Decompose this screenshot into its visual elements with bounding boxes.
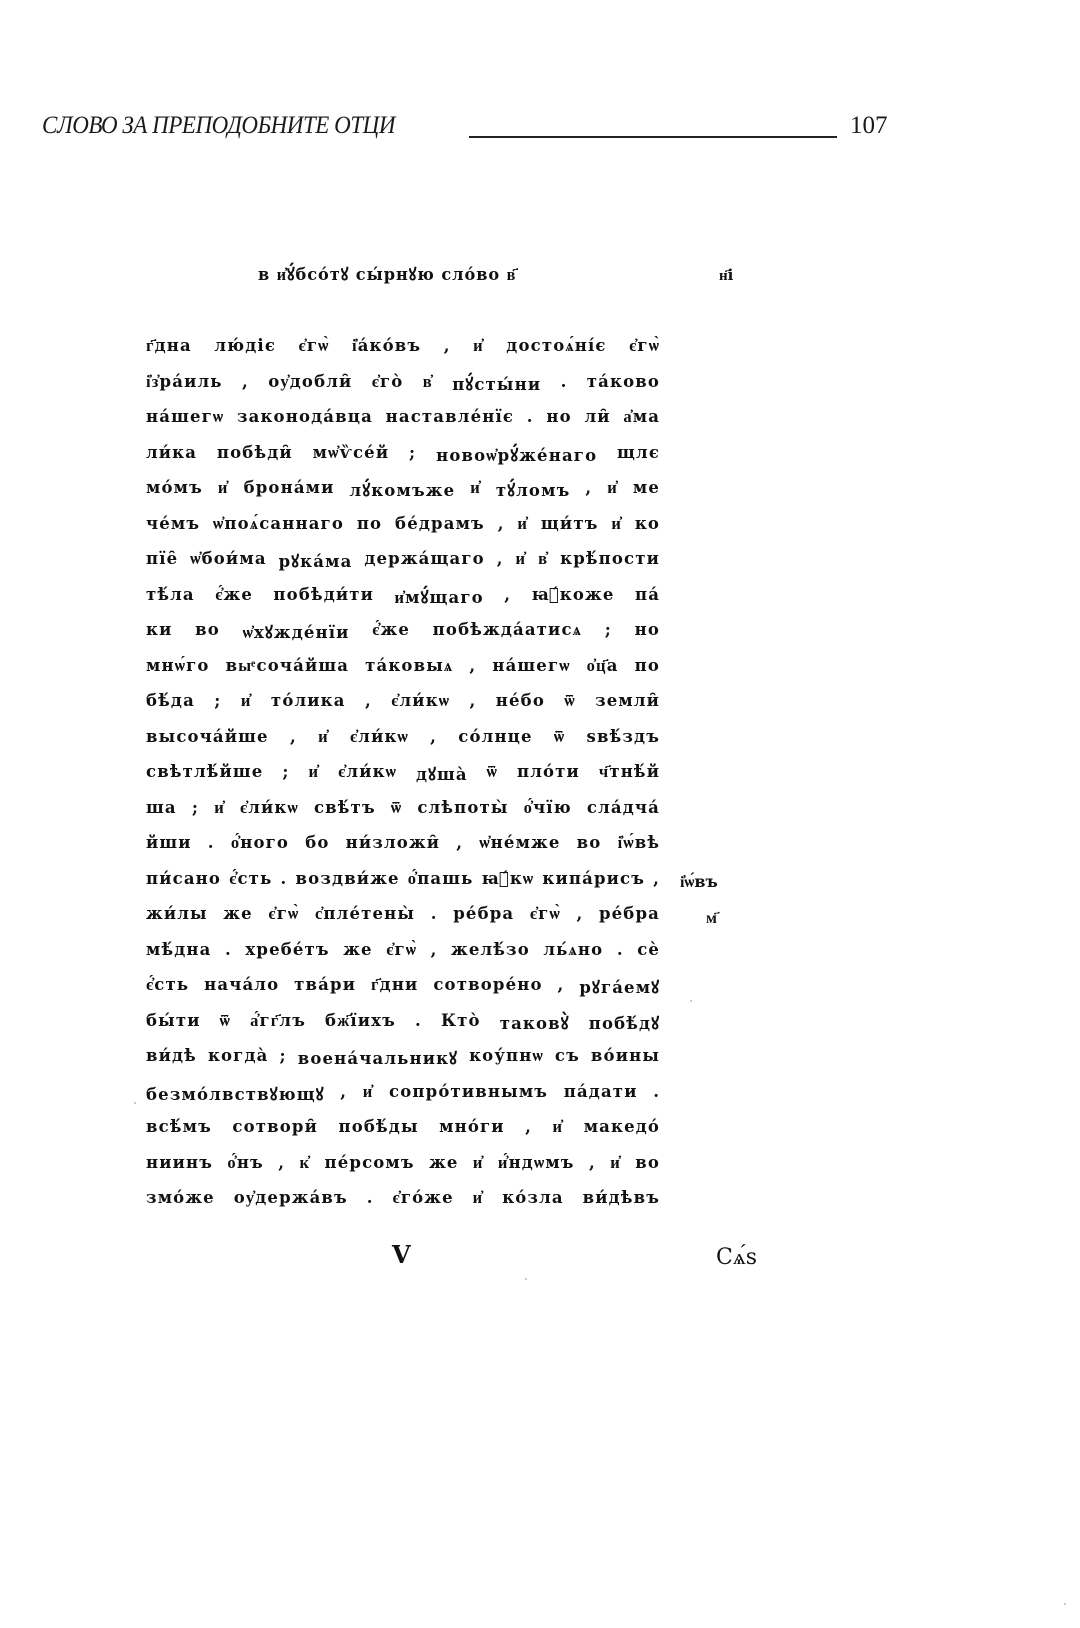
word: ѡ҆хꙋжде́нїи bbox=[243, 620, 350, 656]
word: но bbox=[635, 620, 660, 656]
word: когда̀ bbox=[208, 1046, 269, 1082]
word: пꙋ́сты́ни bbox=[452, 372, 541, 408]
word: мно́ги bbox=[439, 1117, 505, 1153]
word: побѣжда́атисѧ bbox=[433, 620, 582, 656]
text-line: кивоѡ҆хꙋжде́нїиє҆́жепобѣжда́атисѧ;но bbox=[146, 620, 660, 656]
word: . bbox=[367, 1188, 374, 1224]
word: є҆гѡ̀ bbox=[386, 940, 417, 976]
paper-speck bbox=[134, 1102, 136, 1104]
word: тва́ри bbox=[294, 975, 356, 1011]
word: бы́ти bbox=[146, 1011, 201, 1047]
word: мо́мъ bbox=[146, 478, 203, 514]
margin-note-chapter: м҃ bbox=[706, 908, 717, 928]
word: , bbox=[653, 869, 660, 905]
word: . bbox=[415, 1011, 422, 1047]
text-line: ниинъо҆́нъ,к҆пе́рсомъжеи҆и҆́ндѡмъ,и҆во bbox=[146, 1153, 660, 1189]
text-line: мѣ́дна.хребе́тъжеє҆гѡ̀,желѣ́золь́ѧно.сѐ bbox=[146, 940, 660, 976]
word: змо́же bbox=[146, 1188, 215, 1224]
word: є҆гѡ̀ bbox=[299, 336, 330, 372]
word: ль́ѧно bbox=[543, 940, 603, 976]
word: г҃дни bbox=[371, 975, 418, 1011]
word: слѣпоты̀ bbox=[417, 798, 508, 834]
word: оу҆держа́въ bbox=[234, 1188, 348, 1224]
word: пи́сано bbox=[146, 869, 221, 905]
word: ѿ bbox=[391, 798, 402, 834]
word: о҆ц҃а bbox=[587, 656, 619, 692]
word: и҆мꙋ́щаго bbox=[395, 585, 484, 621]
word: сѐ bbox=[637, 940, 660, 976]
word: побѣди̑ bbox=[217, 443, 293, 479]
word: мнѡ́го bbox=[146, 656, 210, 692]
text-line: на́шегѡзаконода́вцанаставле́нїє.ноли̑а҆м… bbox=[146, 407, 660, 443]
word: и҆ bbox=[473, 336, 484, 372]
word: коу́пнѡ bbox=[469, 1046, 544, 1082]
word: и҆ bbox=[607, 478, 618, 514]
word: жи́лы bbox=[146, 904, 208, 940]
word: є҆гѡ̀ bbox=[268, 904, 299, 940]
word: ни́зложи̑ bbox=[346, 833, 440, 869]
word: же bbox=[343, 940, 372, 976]
word: г҃дна bbox=[146, 336, 192, 372]
word: , bbox=[585, 478, 592, 514]
word: и҆ bbox=[318, 727, 329, 763]
word: ꙗ҆́коже bbox=[532, 585, 615, 621]
word: , bbox=[365, 691, 372, 727]
word: ѡ҆бои́ма bbox=[190, 549, 266, 585]
word: ко́зла bbox=[502, 1188, 564, 1224]
word: нача́ло bbox=[204, 975, 279, 1011]
word: тꙋ́ломъ bbox=[496, 478, 571, 514]
word: ѿ bbox=[564, 691, 575, 727]
word: таковꙋ̀ bbox=[500, 1011, 570, 1047]
word: к҆ bbox=[299, 1153, 310, 1189]
word: бе́драмъ bbox=[395, 514, 485, 550]
word: же bbox=[429, 1153, 458, 1189]
word: воена́чальникꙋ bbox=[298, 1046, 458, 1082]
church-slavonic-facsimile: в и҆ꙋ́бсо́тꙋ сы́рнꙋю сло́во в҃ н҃і г҃дна… bbox=[0, 0, 1080, 1628]
word: , bbox=[469, 691, 476, 727]
word: . bbox=[208, 833, 215, 869]
word: бж҃їихъ bbox=[325, 1011, 396, 1047]
word: но bbox=[546, 407, 571, 443]
word: ѿ bbox=[487, 762, 498, 798]
word: . bbox=[281, 869, 288, 905]
word: и҆ bbox=[610, 1153, 621, 1189]
chapter-heading: в и҆ꙋ́бсо́тꙋ сы́рнꙋю сло́во в҃ bbox=[258, 262, 516, 285]
word: всѣ́мъ bbox=[146, 1117, 212, 1153]
word: па́дати bbox=[564, 1082, 638, 1118]
word: . bbox=[617, 940, 624, 976]
word: ; bbox=[192, 798, 199, 834]
word: и҆ bbox=[473, 1153, 484, 1189]
word: є҆ли́кѡ bbox=[350, 727, 409, 763]
word: и҆ bbox=[363, 1082, 374, 1118]
word: ; bbox=[605, 620, 612, 656]
word: , bbox=[498, 514, 505, 550]
word: бѣ́да bbox=[146, 691, 195, 727]
word: македо́ bbox=[584, 1117, 660, 1153]
word: , bbox=[242, 372, 249, 408]
text-line: жи́лыжеє҆гѡ̀с҆пле́тены̀.ре́брає҆гѡ̀,ре́б… bbox=[146, 904, 660, 940]
word: и҆ bbox=[218, 478, 229, 514]
word: кипа́рисъ bbox=[542, 869, 645, 905]
word: , bbox=[469, 656, 476, 692]
word: не́бо bbox=[496, 691, 545, 727]
folio-mark: н҃і bbox=[719, 266, 733, 285]
word: , bbox=[444, 336, 451, 372]
word: во́ины bbox=[591, 1046, 660, 1082]
word: мѡ҆ѷсе́й bbox=[313, 443, 390, 479]
word: ре́бра bbox=[453, 904, 514, 940]
word: дꙋша̀ bbox=[416, 762, 468, 798]
word: . bbox=[527, 407, 534, 443]
text-line: бы́тиѿа҆́гг҃лъбж҃їихъ.Кто̀таковꙋ̀побѣ́дꙋ bbox=[146, 1011, 660, 1047]
word: є҆́сть bbox=[229, 869, 272, 905]
word: о҆́нъ bbox=[227, 1153, 263, 1189]
word: є҆ли́кѡ bbox=[338, 762, 397, 798]
word: па́ bbox=[635, 585, 660, 621]
word: сопро́тивнымъ bbox=[389, 1082, 548, 1118]
word: , bbox=[576, 904, 583, 940]
word: же bbox=[223, 904, 252, 940]
text-line: г҃дналю́дієє҆гѡ̀і҆а́ко́въ,и҆достоѧ́ні́єє… bbox=[146, 336, 660, 372]
word: и҆ bbox=[309, 762, 320, 798]
word: и҆ bbox=[517, 514, 528, 550]
paper-speck bbox=[1064, 1603, 1066, 1605]
word: є҆́же bbox=[372, 620, 410, 656]
word: , bbox=[431, 940, 438, 976]
text-line: ви́дѣкогда̀;воена́чальникꙋкоу́пнѡсъво́ин… bbox=[146, 1046, 660, 1082]
word: о҆́пашь bbox=[408, 869, 474, 905]
word: ниинъ bbox=[146, 1153, 213, 1189]
word: и҆ bbox=[553, 1117, 564, 1153]
word: , bbox=[290, 727, 297, 763]
word: , bbox=[497, 549, 504, 585]
word: достоѧ́ні́є bbox=[506, 336, 606, 372]
paper-speck bbox=[690, 1000, 692, 1002]
word: безмо́лвствꙋющꙋ bbox=[146, 1082, 325, 1118]
word: законода́вца bbox=[237, 407, 373, 443]
word: ша bbox=[146, 798, 177, 834]
word: ч҃тнѣ́й bbox=[599, 762, 660, 798]
word: пїе̑ bbox=[146, 549, 178, 585]
text-line: є҆́стьнача́лотва́риг҃днисотворе́но,рꙋга́… bbox=[146, 975, 660, 1011]
text-line: мнѡ́говыͤсоча́йшата́ковыѧ,на́шегѡо҆ц҃апо bbox=[146, 656, 660, 692]
word: є҆го́же bbox=[393, 1188, 454, 1224]
word: ре́бра bbox=[599, 904, 660, 940]
word: ; bbox=[282, 762, 289, 798]
word: побѣ́дꙋ bbox=[589, 1011, 660, 1047]
word: пе́рсомъ bbox=[324, 1153, 414, 1189]
margin-note-job: і҆ѡ́въ bbox=[680, 872, 718, 892]
word: тѣ́ла bbox=[146, 585, 195, 621]
word: выͤсоча́йша bbox=[226, 656, 350, 692]
word: є҆́сть bbox=[146, 975, 189, 1011]
word: , bbox=[456, 833, 463, 869]
catchword: Сѧ́s bbox=[716, 1244, 757, 1270]
word: съ bbox=[555, 1046, 580, 1082]
word: . bbox=[561, 372, 568, 408]
word: а҆ма bbox=[623, 407, 660, 443]
word: и҆ bbox=[473, 1188, 484, 1224]
word: держа́щаго bbox=[364, 549, 484, 585]
word: щи́тъ bbox=[541, 514, 599, 550]
word: та́ково bbox=[587, 372, 660, 408]
word: ме bbox=[633, 478, 660, 514]
word: є҆́же bbox=[215, 585, 253, 621]
word: воздви́же bbox=[296, 869, 400, 905]
word: и҆́ндѡмъ bbox=[498, 1153, 575, 1189]
word: во bbox=[195, 620, 220, 656]
word: ѿ bbox=[220, 1011, 231, 1047]
word: Кто̀ bbox=[441, 1011, 481, 1047]
word: лꙋ́комъже bbox=[350, 478, 456, 514]
word: брона́ми bbox=[244, 478, 335, 514]
word: земли̑ bbox=[595, 691, 660, 727]
word: , bbox=[340, 1082, 347, 1118]
word: і҆з҆ра́иль bbox=[146, 372, 223, 408]
word: и҆ bbox=[611, 514, 622, 550]
word: о҆́чїю bbox=[524, 798, 572, 834]
word: ѿ bbox=[554, 727, 565, 763]
text-line: змо́жеоу҆держа́въ.є҆го́жеи҆ко́злави́дѣвъ bbox=[146, 1188, 660, 1224]
text-line: мо́мъи҆брона́милꙋ́комъжеи҆тꙋ́ломъ,и҆ме bbox=[146, 478, 660, 514]
word: . bbox=[225, 940, 232, 976]
word: че́мъ bbox=[146, 514, 200, 550]
word: , bbox=[558, 975, 565, 1011]
word: і҆а́ко́въ bbox=[352, 336, 421, 372]
word: и҆ bbox=[214, 798, 225, 834]
word: ѡ҆не́мже bbox=[479, 833, 560, 869]
word: и҆ bbox=[470, 478, 481, 514]
word: побѣ́ды bbox=[338, 1117, 418, 1153]
word: свѣ́тъ bbox=[314, 798, 376, 834]
word: ли̑ bbox=[584, 407, 610, 443]
word: ко bbox=[635, 514, 660, 550]
text-line: і҆з҆ра́иль,оу҆добли̑є҆го̀в҆пꙋ́сты́ни.та́… bbox=[146, 372, 660, 408]
word: йши bbox=[146, 833, 192, 869]
word: ; bbox=[279, 1046, 286, 1082]
word: пло́ти bbox=[517, 762, 580, 798]
word: на́шегѡ bbox=[492, 656, 570, 692]
word: ; bbox=[409, 443, 416, 479]
text-line: пїе̑ѡ҆бои́марꙋка́мадержа́щаго,и҆в҆крѣ́по… bbox=[146, 549, 660, 585]
word: ; bbox=[214, 691, 221, 727]
word: ки bbox=[146, 620, 172, 656]
word: щлє bbox=[617, 443, 660, 479]
word: и҆ bbox=[241, 691, 252, 727]
word: , bbox=[278, 1153, 285, 1189]
word: свѣтлѣ́йше bbox=[146, 762, 263, 798]
word: сла́дча́ bbox=[587, 798, 660, 834]
text-line: ша;и҆є҆ли́кѡсвѣ́тъѿслѣпоты̀о҆́чїюсла́дча… bbox=[146, 798, 660, 834]
word: во bbox=[577, 833, 602, 869]
word: є҆гѡ̀ bbox=[629, 336, 660, 372]
word: ви́дѣ bbox=[146, 1046, 197, 1082]
word: наставле́нїє bbox=[386, 407, 514, 443]
word: є҆ли́кѡ bbox=[391, 691, 450, 727]
word: лю́діє bbox=[214, 336, 276, 372]
word: ѡ҆поѧ́саннаго bbox=[213, 514, 344, 550]
word: , bbox=[430, 727, 437, 763]
word: ꙗ҆́кѡ bbox=[482, 869, 535, 905]
word: є҆ли́кѡ bbox=[240, 798, 299, 834]
text-line: йши.о҆́ногобони́зложи̑,ѡ҆не́мжевоі҆ѡ́вѣ bbox=[146, 833, 660, 869]
text-line: безмо́лвствꙋющꙋ,и҆сопро́тивнымъпа́дати. bbox=[146, 1082, 660, 1118]
word: ли́ка bbox=[146, 443, 197, 479]
word: в҆ bbox=[538, 549, 548, 585]
word: рꙋка́ма bbox=[279, 549, 353, 585]
word: со́лнце bbox=[458, 727, 532, 763]
word: рꙋга́емꙋ bbox=[579, 975, 660, 1011]
word: а҆́гг҃лъ bbox=[250, 1011, 306, 1047]
word: то́лика bbox=[271, 691, 346, 727]
word: в҆ bbox=[423, 372, 433, 408]
word: . bbox=[431, 904, 438, 940]
word: , bbox=[589, 1153, 596, 1189]
paper-speck bbox=[525, 1278, 527, 1280]
text-line: всѣ́мъсотвори̑побѣ́дымно́ги,и҆македо́ bbox=[146, 1117, 660, 1153]
word: побѣди́ти bbox=[273, 585, 374, 621]
word: желѣ́зо bbox=[451, 940, 530, 976]
word: ви́дѣвъ bbox=[583, 1188, 660, 1224]
word: по bbox=[357, 514, 382, 550]
text-line: бѣ́да;и҆то́лика,є҆ли́кѡ,не́боѿземли̑ bbox=[146, 691, 660, 727]
text-line: ли́капобѣди̑мѡ҆ѷсе́й;новоѡ҆рꙋ́же́нагощлє bbox=[146, 443, 660, 479]
word: мѣ́дна bbox=[146, 940, 211, 976]
word: є҆гѡ̀ bbox=[530, 904, 561, 940]
text-line: че́мъѡ҆поѧ́саннагопобе́драмъ,и҆щи́тъи҆ко bbox=[146, 514, 660, 550]
text-line: пи́саноє҆́сть.воздви́жео҆́пашьꙗ҆́кѡкипа́… bbox=[146, 869, 660, 905]
word: хребе́тъ bbox=[245, 940, 329, 976]
word: , bbox=[504, 585, 511, 621]
word: бо bbox=[305, 833, 329, 869]
text-line: высоча́йше,и҆є҆ли́кѡ,со́лнцеѿѕвѣ́здъ bbox=[146, 727, 660, 763]
word: и҆ bbox=[516, 549, 527, 585]
word: во bbox=[635, 1153, 660, 1189]
word: по bbox=[635, 656, 660, 692]
word: крѣ́пости bbox=[560, 549, 660, 585]
word: . bbox=[653, 1082, 660, 1118]
signature-mark: V bbox=[392, 1240, 411, 1269]
word: сотвори̑ bbox=[232, 1117, 318, 1153]
word: высоча́йше bbox=[146, 727, 269, 763]
word: оу҆добли̑ bbox=[268, 372, 352, 408]
word: є҆го̀ bbox=[372, 372, 404, 408]
word: сотворе́но bbox=[433, 975, 542, 1011]
text-line: тѣ́лає҆́жепобѣди́тии҆мꙋ́щаго,ꙗ҆́кожепа́ bbox=[146, 585, 660, 621]
word: ѕвѣ́здъ bbox=[587, 727, 660, 763]
text-block: г҃дналю́дієє҆гѡ̀і҆а́ко́въ,и҆достоѧ́ні́єє… bbox=[146, 336, 676, 1224]
word: новоѡ҆рꙋ́же́наго bbox=[436, 443, 597, 479]
word: і҆ѡ́вѣ bbox=[618, 833, 660, 869]
word: с҆пле́тены̀ bbox=[315, 904, 415, 940]
word: на́шегѡ bbox=[146, 407, 224, 443]
word: та́ковыѧ bbox=[365, 656, 453, 692]
text-line: свѣтлѣ́йше;и҆є҆ли́кѡдꙋша̀ѿпло́тич҃тнѣ́й bbox=[146, 762, 660, 798]
word: о҆́ного bbox=[231, 833, 289, 869]
word: , bbox=[525, 1117, 532, 1153]
